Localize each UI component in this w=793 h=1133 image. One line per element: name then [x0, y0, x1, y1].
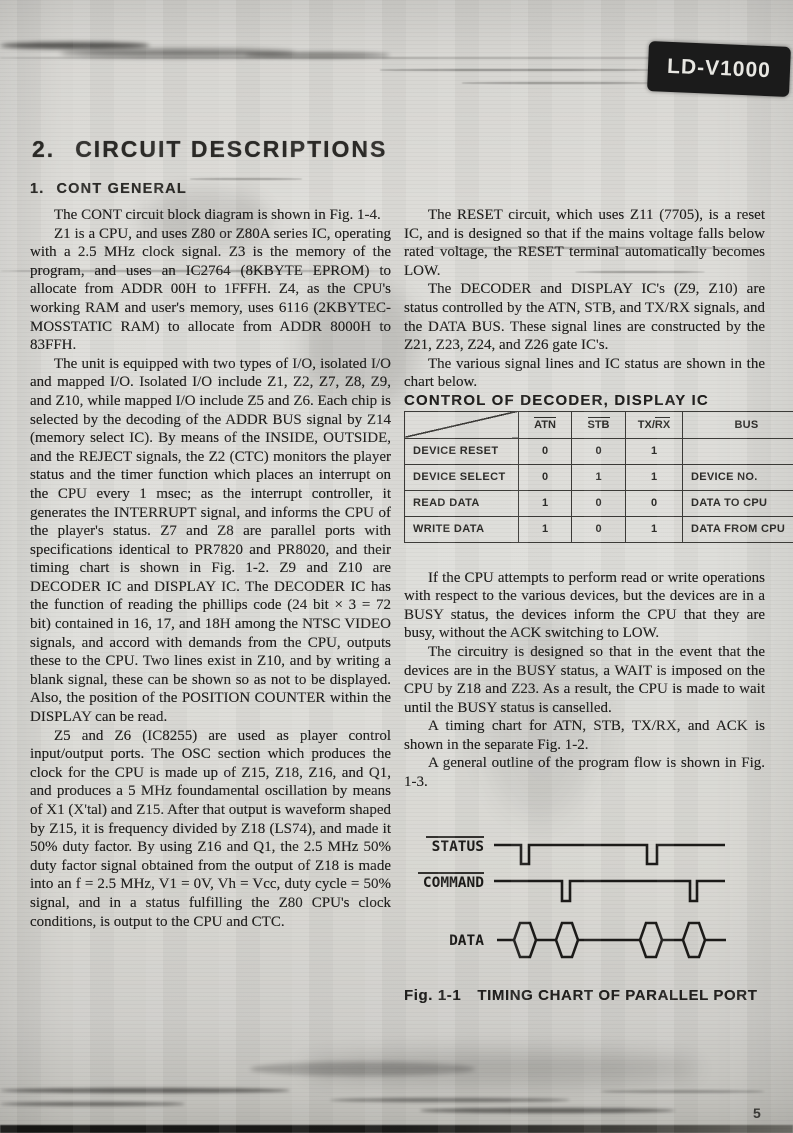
figure-caption-text: TIMING CHART OF PARALLEL PORT — [477, 987, 757, 1004]
scan-streak — [245, 52, 390, 58]
cell-bus: DEVICE NO. — [683, 464, 793, 490]
control-table: ATN STB TX/RX BUS DEVICE RESET 0 0 1 DEV… — [404, 411, 793, 543]
model-badge: LD-V1000 — [647, 41, 791, 97]
cell-bus: DATA FROM CPU — [683, 516, 793, 542]
scan-streak — [0, 1088, 290, 1093]
col-header-bus: BUS — [683, 411, 793, 438]
cell-txrx: 1 — [626, 438, 683, 464]
paragraph: The various signal lines and IC status a… — [404, 355, 765, 392]
command-waveform — [494, 881, 725, 901]
cell-atn: 0 — [519, 464, 572, 490]
scan-streak — [420, 1108, 675, 1113]
scan-streak — [60, 49, 295, 57]
cell-stb: 0 — [572, 490, 626, 516]
figure-caption: Fig. 1-1TIMING CHART OF PARALLEL PORT — [404, 987, 765, 1006]
timing-chart-svg: STATUS COMMAND DATA — [404, 822, 766, 982]
cell-bus — [683, 438, 793, 464]
timing-chart-figure: STATUS COMMAND DATA Fig. 1-1TIMING CHART… — [404, 822, 765, 1006]
cell-txrx: 1 — [626, 464, 683, 490]
row-label: DEVICE SELECT — [405, 464, 519, 490]
paragraph: The RESET circuit, which uses Z11 (7705)… — [404, 206, 765, 280]
data-label: DATA — [449, 933, 484, 949]
row-label: READ DATA — [405, 490, 519, 516]
paragraph: The circuitry is designed so that in the… — [404, 643, 765, 717]
command-label: COMMAND — [423, 875, 484, 891]
table-row: WRITE DATA 1 0 1 DATA FROM CPU — [405, 516, 793, 542]
figure-number: Fig. 1-1 — [404, 987, 461, 1004]
cell-txrx: 1 — [626, 516, 683, 542]
section-heading-text: CONT GENERAL — [57, 181, 187, 197]
cell-atn: 0 — [519, 438, 572, 464]
scan-line — [462, 82, 652, 84]
paragraph: Z5 and Z6 (IC8255) are used as player co… — [30, 727, 391, 932]
cell-atn: 1 — [519, 490, 572, 516]
data-valid-bubble — [640, 923, 662, 957]
right-column: The RESET circuit, which uses Z11 (7705)… — [404, 206, 765, 1005]
left-column: The CONT circuit block diagram is shown … — [30, 206, 391, 931]
scan-line — [380, 69, 652, 71]
cell-stb: 1 — [572, 464, 626, 490]
cell-txrx: 0 — [626, 490, 683, 516]
paragraph: A timing chart for ATN, STB, TX/RX, and … — [404, 717, 765, 754]
section-number: 1. — [30, 181, 45, 197]
chapter-number: 2. — [32, 136, 55, 162]
scan-streak — [330, 1098, 570, 1102]
row-label: DEVICE RESET — [405, 438, 519, 464]
table-row: DEVICE RESET 0 0 1 — [405, 438, 793, 464]
data-valid-bubble — [556, 923, 578, 957]
cell-stb: 0 — [572, 516, 626, 542]
col-header-txrx: TX/RX — [626, 411, 683, 438]
paragraph: The unit is equipped with two types of I… — [30, 355, 391, 727]
data-valid-bubble — [514, 923, 536, 957]
scan-smudge — [300, 1052, 700, 1084]
paragraph: If the CPU attempts to perform read or w… — [404, 569, 765, 643]
diagonal-header-cell — [405, 411, 519, 438]
cell-stb: 0 — [572, 438, 626, 464]
paragraph: A general outline of the program flow is… — [404, 754, 765, 791]
status-label: STATUS — [432, 839, 484, 855]
table-row: READ DATA 1 0 0 DATA TO CPU — [405, 490, 793, 516]
chapter-title-text: CIRCUIT DESCRIPTIONS — [75, 136, 387, 162]
scan-line — [190, 178, 302, 180]
scanned-manual-page: LD-V1000 2.CIRCUIT DESCRIPTIONS 1.CONT G… — [0, 0, 793, 1133]
page-number: 5 — [753, 1105, 761, 1121]
table-row: DEVICE SELECT 0 1 1 DEVICE NO. — [405, 464, 793, 490]
status-waveform — [494, 845, 725, 864]
table-caption: CONTROL OF DECODER, DISPLAY IC — [404, 392, 765, 411]
scan-streak — [600, 1090, 765, 1093]
model-badge-label: LD-V1000 — [667, 55, 772, 83]
col-header-stb: STB — [572, 411, 626, 438]
paragraph: Z1 is a CPU, and uses Z80 or Z80A series… — [30, 225, 391, 355]
scan-scribble — [250, 1062, 475, 1076]
table-header-row: ATN STB TX/RX BUS — [405, 411, 793, 438]
cell-bus: DATA TO CPU — [683, 490, 793, 516]
data-valid-bubble — [683, 923, 705, 957]
section-heading: 1.CONT GENERAL — [30, 181, 187, 197]
scan-streak — [0, 1102, 185, 1106]
scan-streak — [0, 42, 150, 49]
cell-atn: 1 — [519, 516, 572, 542]
chapter-title: 2.CIRCUIT DESCRIPTIONS — [32, 136, 387, 163]
row-label: WRITE DATA — [405, 516, 519, 542]
paragraph: The DECODER and DISPLAY IC's (Z9, Z10) a… — [404, 280, 765, 354]
col-header-atn: ATN — [519, 411, 572, 438]
scan-bottom-band — [0, 1125, 793, 1133]
paragraph: The CONT circuit block diagram is shown … — [30, 206, 391, 225]
